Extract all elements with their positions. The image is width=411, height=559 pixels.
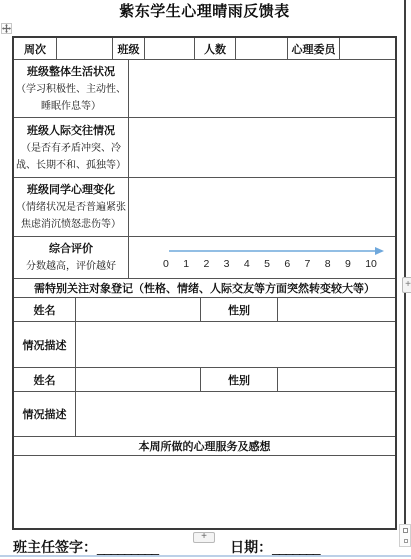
info-row: 周次 班级 人数 心理委员 <box>14 38 395 59</box>
description-value-cell[interactable] <box>75 322 395 367</box>
signature-line[interactable]: _________ <box>97 539 158 555</box>
bottom-edge-line <box>0 555 411 557</box>
gender-label: 性别 <box>200 298 277 321</box>
assessment-row-psych-change: 班级同学心理变化 （情绪状况是否普遍紧张焦虑消沉愤怒悲伤等） <box>14 177 395 236</box>
rating-note: 分数越高，评价越好 <box>26 258 116 275</box>
scale-tick: 4 <box>244 258 250 270</box>
description-value-cell[interactable] <box>75 392 395 436</box>
scale-tick: 0 <box>163 258 169 270</box>
rating-row: 综合评价 分数越高，评价越好 0 1 2 3 4 5 6 7 8 9 <box>14 236 395 278</box>
assessment-value-cell[interactable] <box>128 60 395 117</box>
description-label: 情况描述 <box>14 392 75 436</box>
headcount-label: 人数 <box>194 38 235 59</box>
date-label: 日期： <box>230 539 272 555</box>
name-value-cell[interactable] <box>75 298 200 321</box>
table-move-handle-icon[interactable] <box>1 23 12 34</box>
scale-tick: 10 <box>365 258 377 270</box>
feedback-form-table: 周次 班级 人数 心理委员 班级整体生活状况 （学习积极性、主动性、睡眠作息等）… <box>12 36 397 530</box>
special-attention-header-row: 需特别关注对象登记（性格、情绪、人际交友等方面突然转变较大等） <box>14 278 395 297</box>
scale-tick: 9 <box>345 258 351 270</box>
assessment-value-cell[interactable] <box>128 178 395 236</box>
rating-scale-cell[interactable]: 0 1 2 3 4 5 6 7 8 9 10 <box>128 237 395 278</box>
headcount-value-cell[interactable] <box>235 38 287 59</box>
scale-tick: 5 <box>264 258 270 270</box>
weekly-service-header: 本周所做的心理服务及感想 <box>14 437 395 455</box>
name-label: 姓名 <box>14 368 75 391</box>
gender-value-cell[interactable] <box>277 368 395 391</box>
entry2-name-row: 姓名 性别 <box>14 367 395 391</box>
rating-arrow <box>169 243 395 255</box>
scale-tick: 3 <box>224 258 230 270</box>
gender-label: 性别 <box>200 368 277 391</box>
entry1-description-row: 情况描述 <box>14 321 395 367</box>
special-attention-header: 需特别关注对象登记（性格、情绪、人际交友等方面突然转变较大等） <box>14 279 395 297</box>
assessment-title: 班级同学心理变化 <box>27 181 115 199</box>
scale-tick: 8 <box>325 258 331 270</box>
rating-scale-ticks: 0 1 2 3 4 5 6 7 8 9 10 <box>163 258 377 270</box>
name-label: 姓名 <box>14 298 75 321</box>
class-label: 班级 <box>112 38 144 59</box>
assessment-title: 班级整体生活状况 <box>27 63 115 81</box>
assessment-note: （情绪状况是否普遍紧张焦虑消沉愤怒悲伤等） <box>15 199 127 233</box>
rating-label-cell: 综合评价 分数越高，评价越好 <box>14 237 128 278</box>
scale-tick: 1 <box>183 258 189 270</box>
page-edge-line <box>404 0 406 542</box>
assessment-value-cell[interactable] <box>128 118 395 177</box>
form-title: 紫东学生心理晴雨反馈表 <box>0 0 409 21</box>
scale-tick: 6 <box>284 258 290 270</box>
insert-column-plus-button[interactable]: + <box>402 277 411 293</box>
assessment-row-interpersonal: 班级人际交往情况 （是否有矛盾冲突、冷战、长期不和、孤独等） <box>14 117 395 177</box>
entry2-description-row: 情况描述 <box>14 391 395 436</box>
insert-row-plus-button[interactable]: + <box>193 532 215 543</box>
rating-title: 综合评价 <box>49 240 93 258</box>
weekly-service-header-row: 本周所做的心理服务及感想 <box>14 436 395 455</box>
weekly-service-content-row <box>14 455 395 528</box>
date-line[interactable]: _______ <box>272 539 320 555</box>
assessment-title: 班级人际交往情况 <box>27 122 115 140</box>
assessment-note: （学习积极性、主动性、睡眠作息等） <box>15 81 127 115</box>
week-label: 周次 <box>14 38 56 59</box>
class-value-cell[interactable] <box>144 38 194 59</box>
scale-tick: 2 <box>203 258 209 270</box>
psych-commissioner-value-cell[interactable] <box>339 38 395 59</box>
name-value-cell[interactable] <box>75 368 200 391</box>
entry1-name-row: 姓名 性别 <box>14 297 395 321</box>
table-resize-handle-icon[interactable] <box>399 524 411 547</box>
gender-value-cell[interactable] <box>277 298 395 321</box>
week-value-cell[interactable] <box>56 38 112 59</box>
assessment-label-cell: 班级人际交往情况 （是否有矛盾冲突、冷战、长期不和、孤独等） <box>14 118 128 177</box>
assessment-note: （是否有矛盾冲突、冷战、长期不和、孤独等） <box>15 140 127 174</box>
assessment-label-cell: 班级同学心理变化 （情绪状况是否普遍紧张焦虑消沉愤怒悲伤等） <box>14 178 128 236</box>
resize-square-small-icon <box>404 539 408 543</box>
scale-tick: 7 <box>305 258 311 270</box>
assessment-label-cell: 班级整体生活状况 （学习积极性、主动性、睡眠作息等） <box>14 60 128 117</box>
resize-square-icon <box>403 528 408 533</box>
description-label: 情况描述 <box>14 322 75 367</box>
signature-label: 班主任签字： <box>13 539 97 555</box>
weekly-service-content-cell[interactable] <box>14 456 395 528</box>
psych-commissioner-label: 心理委员 <box>287 38 339 59</box>
move-cross-icon <box>2 24 11 33</box>
assessment-row-life: 班级整体生活状况 （学习积极性、主动性、睡眠作息等） <box>14 59 395 117</box>
